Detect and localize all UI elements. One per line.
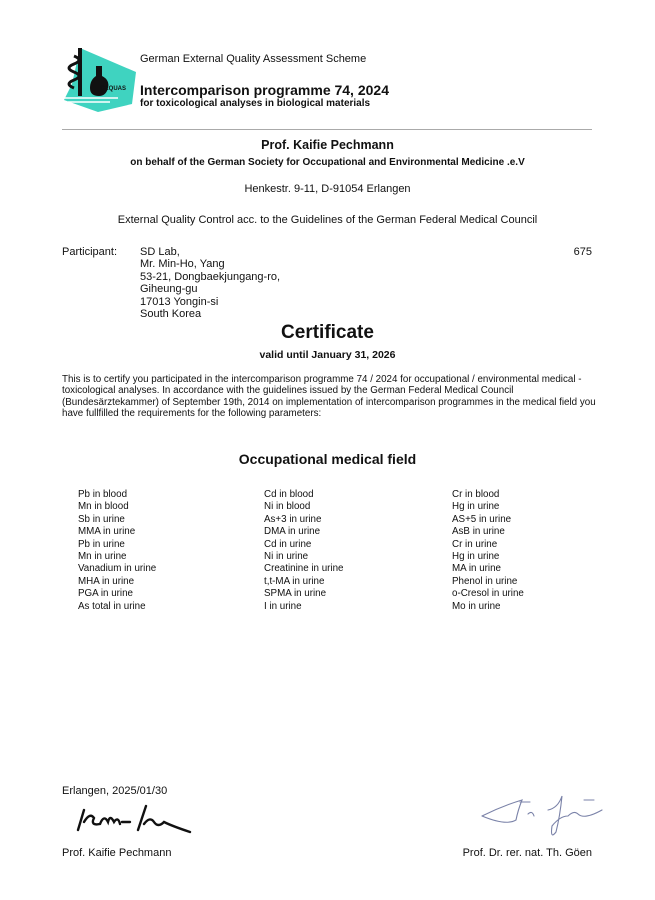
signer-left-name: Prof. Kaifie Pechmann <box>62 847 171 859</box>
certification-text: This is to certify you participated in t… <box>62 374 602 420</box>
programme-subtitle: for toxicological analyses in biological… <box>140 98 370 109</box>
place-date: Erlangen, 2025/01/30 <box>62 785 167 797</box>
parameter-item: As total in urine <box>78 601 156 613</box>
participant-line: South Korea <box>140 308 280 320</box>
issuer-address: Henkestr. 9-11, D-91054 Erlangen <box>0 183 655 195</box>
parameter-item: Ni in blood <box>264 501 344 513</box>
parameter-item: Hg in urine <box>452 501 524 513</box>
parameter-item: AsB in urine <box>452 526 524 538</box>
parameter-item: MA in urine <box>452 563 524 575</box>
parameter-item: Mn in urine <box>78 551 156 563</box>
participant-line: 17013 Yongin-si <box>140 296 280 308</box>
participant-line: Mr. Min-Ho, Yang <box>140 258 280 270</box>
svg-text:GEQUAS: GEQUAS <box>100 86 126 92</box>
guideline-statement: External Quality Control acc. to the Gui… <box>0 214 655 226</box>
parameter-item: DMA in urine <box>264 526 344 538</box>
programme-title: Intercomparison programme 74, 2024 <box>140 82 389 98</box>
participant-number: 675 <box>574 246 592 258</box>
participant-line: 53-21, Dongbaekjungang-ro, <box>140 271 280 283</box>
parameter-item: Cr in urine <box>452 539 524 551</box>
participant-line: Giheung-gu <box>140 283 280 295</box>
participant-address: SD Lab, Mr. Min-Ho, Yang 53-21, Dongbaek… <box>140 246 280 320</box>
parameter-item: Pb in urine <box>78 539 156 551</box>
parameter-item: o-Cresol in urine <box>452 588 524 600</box>
parameter-item: Mn in blood <box>78 501 156 513</box>
parameter-item: Ni in urine <box>264 551 344 563</box>
parameter-item: Phenol in urine <box>452 576 524 588</box>
parameter-item: Mo in urine <box>452 601 524 613</box>
parameter-item: Cd in blood <box>264 489 344 501</box>
gequas-logo: GEQUAS <box>58 42 140 114</box>
parameter-item: As+3 in urine <box>264 514 344 526</box>
parameter-item: AS+5 in urine <box>452 514 524 526</box>
certificate-title: Certificate <box>0 322 655 344</box>
signer-right-name: Prof. Dr. rer. nat. Th. Göen <box>463 847 592 859</box>
scheme-title: German External Quality Assessment Schem… <box>140 53 366 65</box>
parameter-item: Hg in urine <box>452 551 524 563</box>
parameter-item: Sb in urine <box>78 514 156 526</box>
parameter-item: Cd in urine <box>264 539 344 551</box>
participant-line: SD Lab, <box>140 246 280 258</box>
parameter-item: Pb in blood <box>78 489 156 501</box>
parameter-item: SPMA in urine <box>264 588 344 600</box>
parameter-item: MHA in urine <box>78 576 156 588</box>
validity: valid until January 31, 2026 <box>0 349 655 361</box>
field-title: Occupational medical field <box>0 451 655 467</box>
parameter-item: I in urine <box>264 601 344 613</box>
parameter-item: Cr in blood <box>452 489 524 501</box>
participant-label: Participant: <box>62 246 117 258</box>
parameter-item: Creatinine in urine <box>264 563 344 575</box>
signature-right <box>480 790 610 845</box>
parameter-column-1: Pb in bloodMn in bloodSb in urineMMA in … <box>78 489 156 613</box>
parameter-item: MMA in urine <box>78 526 156 538</box>
parameter-column-2: Cd in bloodNi in bloodAs+3 in urineDMA i… <box>264 489 344 613</box>
issuer-name: Prof. Kaifie Pechmann <box>0 138 655 152</box>
parameter-item: Vanadium in urine <box>78 563 156 575</box>
issuer-affiliation: on behalf of the German Society for Occu… <box>0 157 655 168</box>
signature-left <box>74 802 204 838</box>
header-divider <box>62 129 592 130</box>
parameter-column-3: Cr in bloodHg in urineAS+5 in urineAsB i… <box>452 489 524 613</box>
parameter-item: PGA in urine <box>78 588 156 600</box>
parameter-item: t,t-MA in urine <box>264 576 344 588</box>
